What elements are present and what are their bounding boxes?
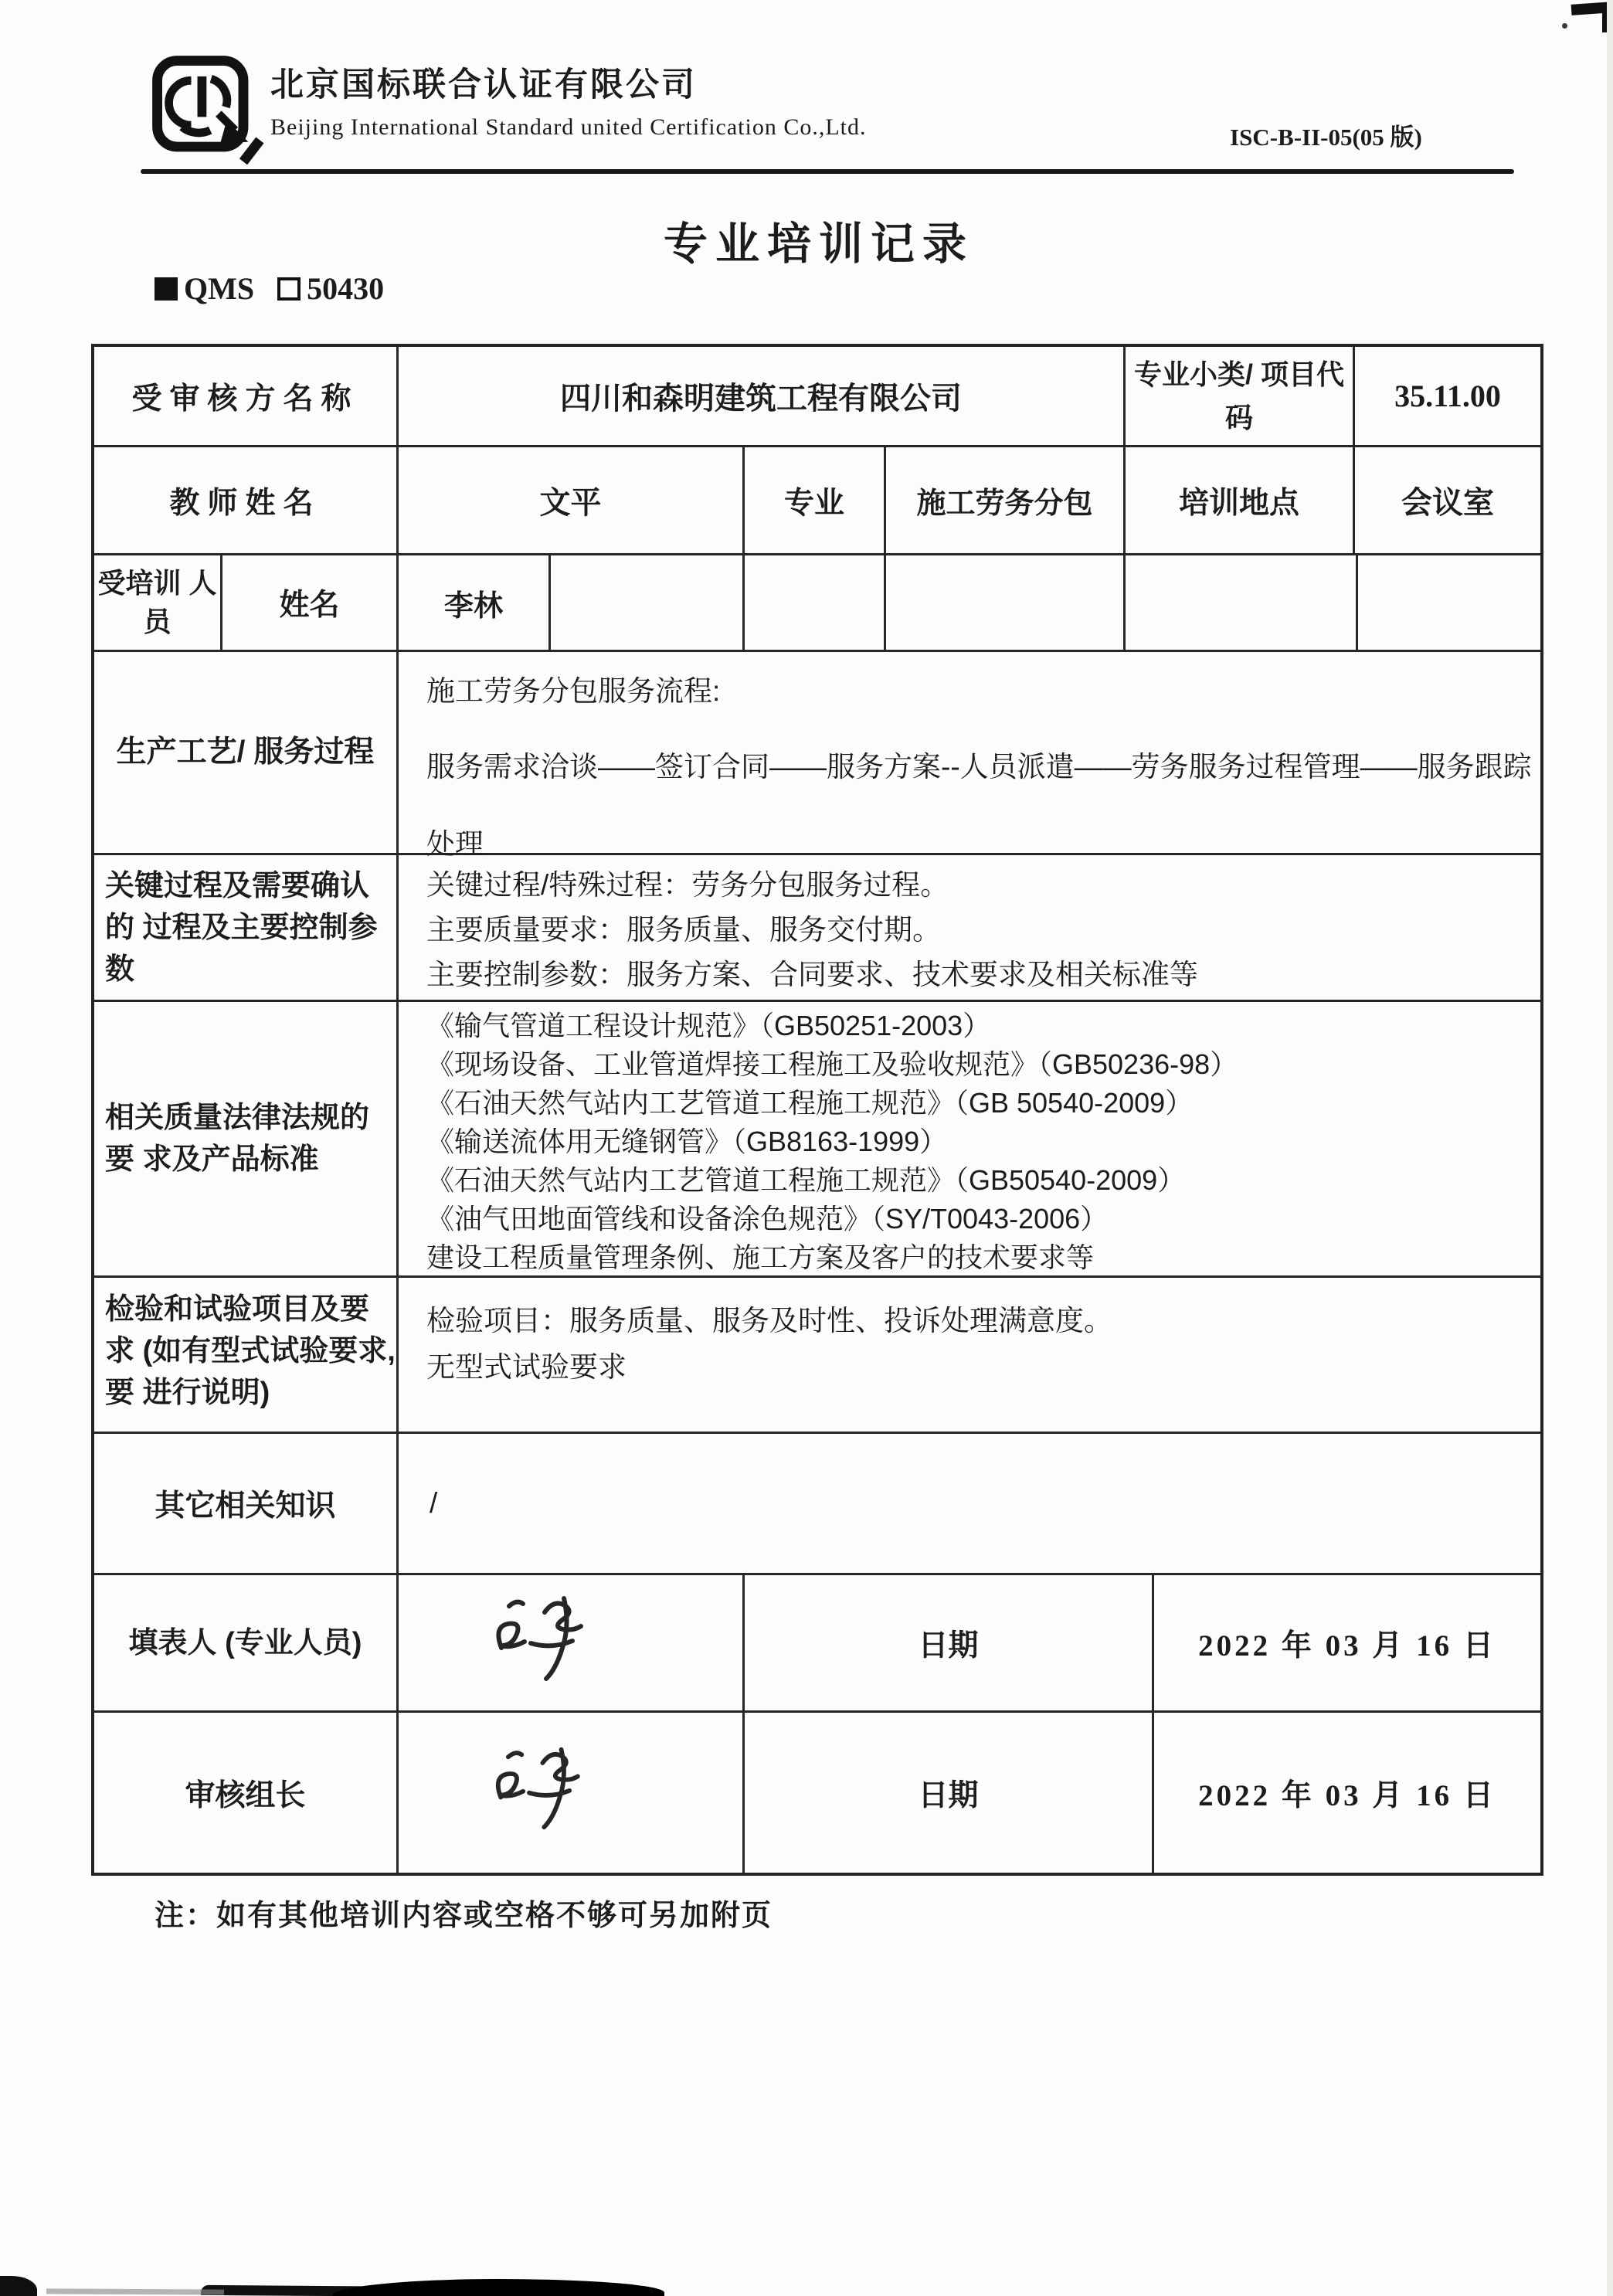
cell-key-process-label: 关键过程及需要确认的 过程及主要控制参数 — [94, 855, 399, 1002]
key-process-line3: 主要控制参数：服务方案、合同要求、技术要求及相关标准等 — [426, 953, 1533, 997]
process-content: 施工劳务分包服务流程: 服务需求洽谈——签订合同——服务方案--人员派遣——劳务… — [399, 652, 1540, 862]
scan-bottom-smudge — [0, 2276, 37, 2296]
cell-major-value: 施工劳务分包 — [886, 447, 1126, 555]
scan-speck — [1562, 23, 1567, 29]
company-name-en: Beijing International Standard united Ce… — [270, 114, 867, 141]
regulation-line: 《石油天然气站内工艺管道工程施工规范》（GB50540-2009） — [426, 1161, 1533, 1200]
certification-logo-icon — [151, 54, 267, 170]
cell-trainee-empty-4 — [1126, 555, 1358, 652]
cell-lead-auditor-signature — [399, 1713, 745, 1873]
process-label-line1: 生产工艺/ — [117, 735, 246, 769]
cell-trainee-name-value: 李林 — [399, 555, 551, 652]
cell-code-label: 专业小类/ 项目代码 — [1126, 347, 1355, 447]
process-label-line2: 服务过程 — [253, 735, 374, 769]
cell-auditee-label: 受审核方名称 — [94, 347, 399, 447]
lead-auditor-label: 审核组长 — [185, 1771, 305, 1815]
trainee-name-label: 姓名 — [279, 581, 339, 624]
preparer-label: 填表人 (专业人员) — [129, 1623, 362, 1663]
cell-inspection-label: 检验和试验项目及要求 (如有型式试验要求,要 进行说明) — [94, 1278, 399, 1434]
cell-regulations-label: 相关质量法律法规的要 求及产品标准 — [94, 1002, 399, 1278]
50430-checkbox-unchecked-icon — [277, 277, 301, 301]
lead-auditor-date-label: 日期 — [918, 1771, 978, 1815]
other-label: 其它相关知识 — [155, 1482, 335, 1525]
preparer-date-label: 日期 — [918, 1622, 978, 1665]
lead-auditor-signature — [484, 1741, 596, 1853]
cell-lead-auditor-date-value: 2022 年 03 月 16 日 — [1154, 1713, 1540, 1873]
key-process-line1: 关键过程/特殊过程：劳务分包服务过程。 — [426, 863, 1533, 908]
preparer-signature — [484, 1589, 599, 1705]
cell-trainee-empty-2 — [745, 555, 886, 652]
teacher-label: 教师姓名 — [169, 479, 321, 522]
cell-process-content: 施工劳务分包服务流程: 服务需求洽谈——签订合同——服务方案--人员派遣——劳务… — [399, 652, 1540, 855]
inspection-label: 检验和试验项目及要求 (如有型式试验要求,要 进行说明) — [94, 1278, 396, 1414]
qms-checkbox-label: QMS — [184, 270, 254, 307]
scanned-training-record-page: 北京国标联合认证有限公司 Beijing International Stand… — [0, 0, 1613, 2296]
other-value: / — [399, 1487, 437, 1520]
qms-checkbox-checked-icon — [155, 277, 178, 301]
major-value: 施工劳务分包 — [916, 479, 1092, 521]
auditee-value: 四川和森明建筑工程有限公司 — [560, 374, 962, 418]
header-rule — [141, 169, 1514, 174]
auditee-label: 受审核方名称 — [131, 375, 358, 418]
cell-lead-auditor-date-label: 日期 — [745, 1713, 1154, 1873]
cell-place-label: 培训地点 — [1126, 447, 1355, 555]
place-value: 会议室 — [1401, 478, 1494, 522]
cell-inspection-content: 检验项目：服务质量、服务及时性、投诉处理满意度。 无型式试验要求 — [399, 1278, 1540, 1434]
key-process-content: 关键过程/特殊过程：劳务分包服务过程。 主要质量要求：服务质量、服务交付期。 主… — [399, 855, 1540, 997]
form-code: ISC-B-II-05(05 版) — [1230, 117, 1422, 152]
code-label-line1: 专业小类/ — [1134, 358, 1253, 390]
cell-preparer-signature — [399, 1575, 745, 1713]
process-line1: 施工劳务分包服务流程: — [426, 667, 1533, 709]
inspection-label-line3: 进行说明) — [143, 1377, 270, 1409]
regulation-line: 《石油天然气站内工艺管道工程施工规范》（GB 50540-2009） — [426, 1084, 1533, 1123]
cell-trainee-empty-5 — [1358, 555, 1540, 652]
scheme-checkboxes: QMS 50430 — [155, 270, 384, 307]
cell-trainee-empty-1 — [551, 555, 745, 652]
regulation-line: 《油气田地面管线和设备涂色规范》（SY/T0043-2006） — [426, 1200, 1533, 1238]
cell-trainee-label: 受培训 人员 — [94, 555, 222, 652]
regulations-content: 《输气管道工程设计规范》（GB50251-2003） 《现场设备、工业管道焊接工… — [399, 1002, 1540, 1277]
key-process-line2: 主要质量要求：服务质量、服务交付期。 — [426, 908, 1533, 953]
code-value: 35.11.00 — [1394, 378, 1501, 414]
inspection-content: 检验项目：服务质量、服务及时性、投诉处理满意度。 无型式试验要求 — [399, 1278, 1540, 1391]
regulations-label-line2: 求及产品标准 — [143, 1143, 319, 1176]
cell-regulations-content: 《输气管道工程设计规范》（GB50251-2003） 《现场设备、工业管道焊接工… — [399, 1002, 1540, 1278]
scan-edge-shadow — [1607, 0, 1613, 2296]
regulation-line: 建设工程质量管理条例、施工方案及客户的技术要求等 — [426, 1238, 1533, 1277]
cell-auditee-value: 四川和森明建筑工程有限公司 — [399, 347, 1126, 447]
cell-other-label: 其它相关知识 — [94, 1434, 399, 1575]
cell-code-value: 35.11.00 — [1355, 347, 1540, 447]
lead-auditor-date-value: 2022 年 03 月 16 日 — [1198, 1771, 1496, 1815]
regulations-label: 相关质量法律法规的要 求及产品标准 — [94, 1097, 396, 1180]
place-label: 培训地点 — [1179, 479, 1299, 522]
training-record-table: 受审核方名称 四川和森明建筑工程有限公司 专业小类/ 项目代码 35.11.00… — [91, 344, 1543, 1876]
50430-checkbox-label: 50430 — [307, 270, 384, 307]
cell-trainee-name-label: 姓名 — [222, 555, 399, 652]
inspection-line2: 无型式试验要求 — [426, 1344, 1533, 1391]
process-label: 生产工艺/ 服务过程 — [117, 730, 375, 775]
code-label: 专业小类/ 项目代码 — [1126, 353, 1353, 440]
cell-preparer-date-label: 日期 — [745, 1575, 1154, 1713]
process-line2: 服务需求洽谈——签订合同——服务方案--人员派遣——劳务服务过程管理——服务跟踪 — [426, 743, 1533, 785]
cell-major-label: 专业 — [745, 447, 886, 555]
preparer-date-value: 2022 年 03 月 16 日 — [1198, 1622, 1496, 1665]
cell-preparer-label: 填表人 (专业人员) — [94, 1575, 399, 1713]
cell-key-process-content: 关键过程/特殊过程：劳务分包服务过程。 主要质量要求：服务质量、服务交付期。 主… — [399, 855, 1540, 1002]
teacher-value: 文平 — [540, 478, 602, 522]
cell-process-label: 生产工艺/ 服务过程 — [94, 652, 399, 855]
cell-other-value: / — [399, 1434, 1540, 1575]
regulation-line: 《输气管道工程设计规范》（GB50251-2003） — [426, 1007, 1533, 1045]
major-label: 专业 — [784, 479, 844, 522]
regulation-line: 《现场设备、工业管道焊接工程施工及验收规范》（GB50236-98） — [426, 1045, 1533, 1084]
key-process-label-line2: 过程及主要控制参数 — [105, 912, 378, 986]
trainee-label: 受培训 人员 — [94, 564, 220, 641]
company-name-cn: 北京国标联合认证有限公司 — [270, 59, 697, 106]
page-title: 专业培训记录 — [46, 209, 1591, 272]
trainee-name-value: 李林 — [444, 582, 503, 624]
trainee-label-line1: 受培训 — [97, 567, 181, 599]
cell-lead-auditor-label: 审核组长 — [94, 1713, 399, 1873]
regulation-line: 《输送流体用无缝钢管》（GB8163-1999） — [426, 1123, 1533, 1161]
scan-bottom-smudge — [46, 2288, 224, 2294]
key-process-label: 关键过程及需要确认的 过程及主要控制参数 — [94, 865, 396, 990]
cell-teacher-value: 文平 — [399, 447, 745, 555]
cell-preparer-date-value: 2022 年 03 月 16 日 — [1154, 1575, 1540, 1713]
scan-bottom-smudge — [332, 2279, 664, 2296]
inspection-line1: 检验项目：服务质量、服务及时性、投诉处理满意度。 — [426, 1298, 1533, 1344]
preparer-label-line1: 填表人 — [129, 1627, 217, 1659]
cell-teacher-label: 教师姓名 — [94, 447, 399, 555]
cell-place-value: 会议室 — [1355, 447, 1540, 555]
footer-note: 注：如有其他培训内容或空格不够可另加附页 — [155, 1891, 773, 1934]
cell-trainee-empty-3 — [886, 555, 1126, 652]
preparer-label-line2: (专业人员) — [225, 1627, 362, 1659]
